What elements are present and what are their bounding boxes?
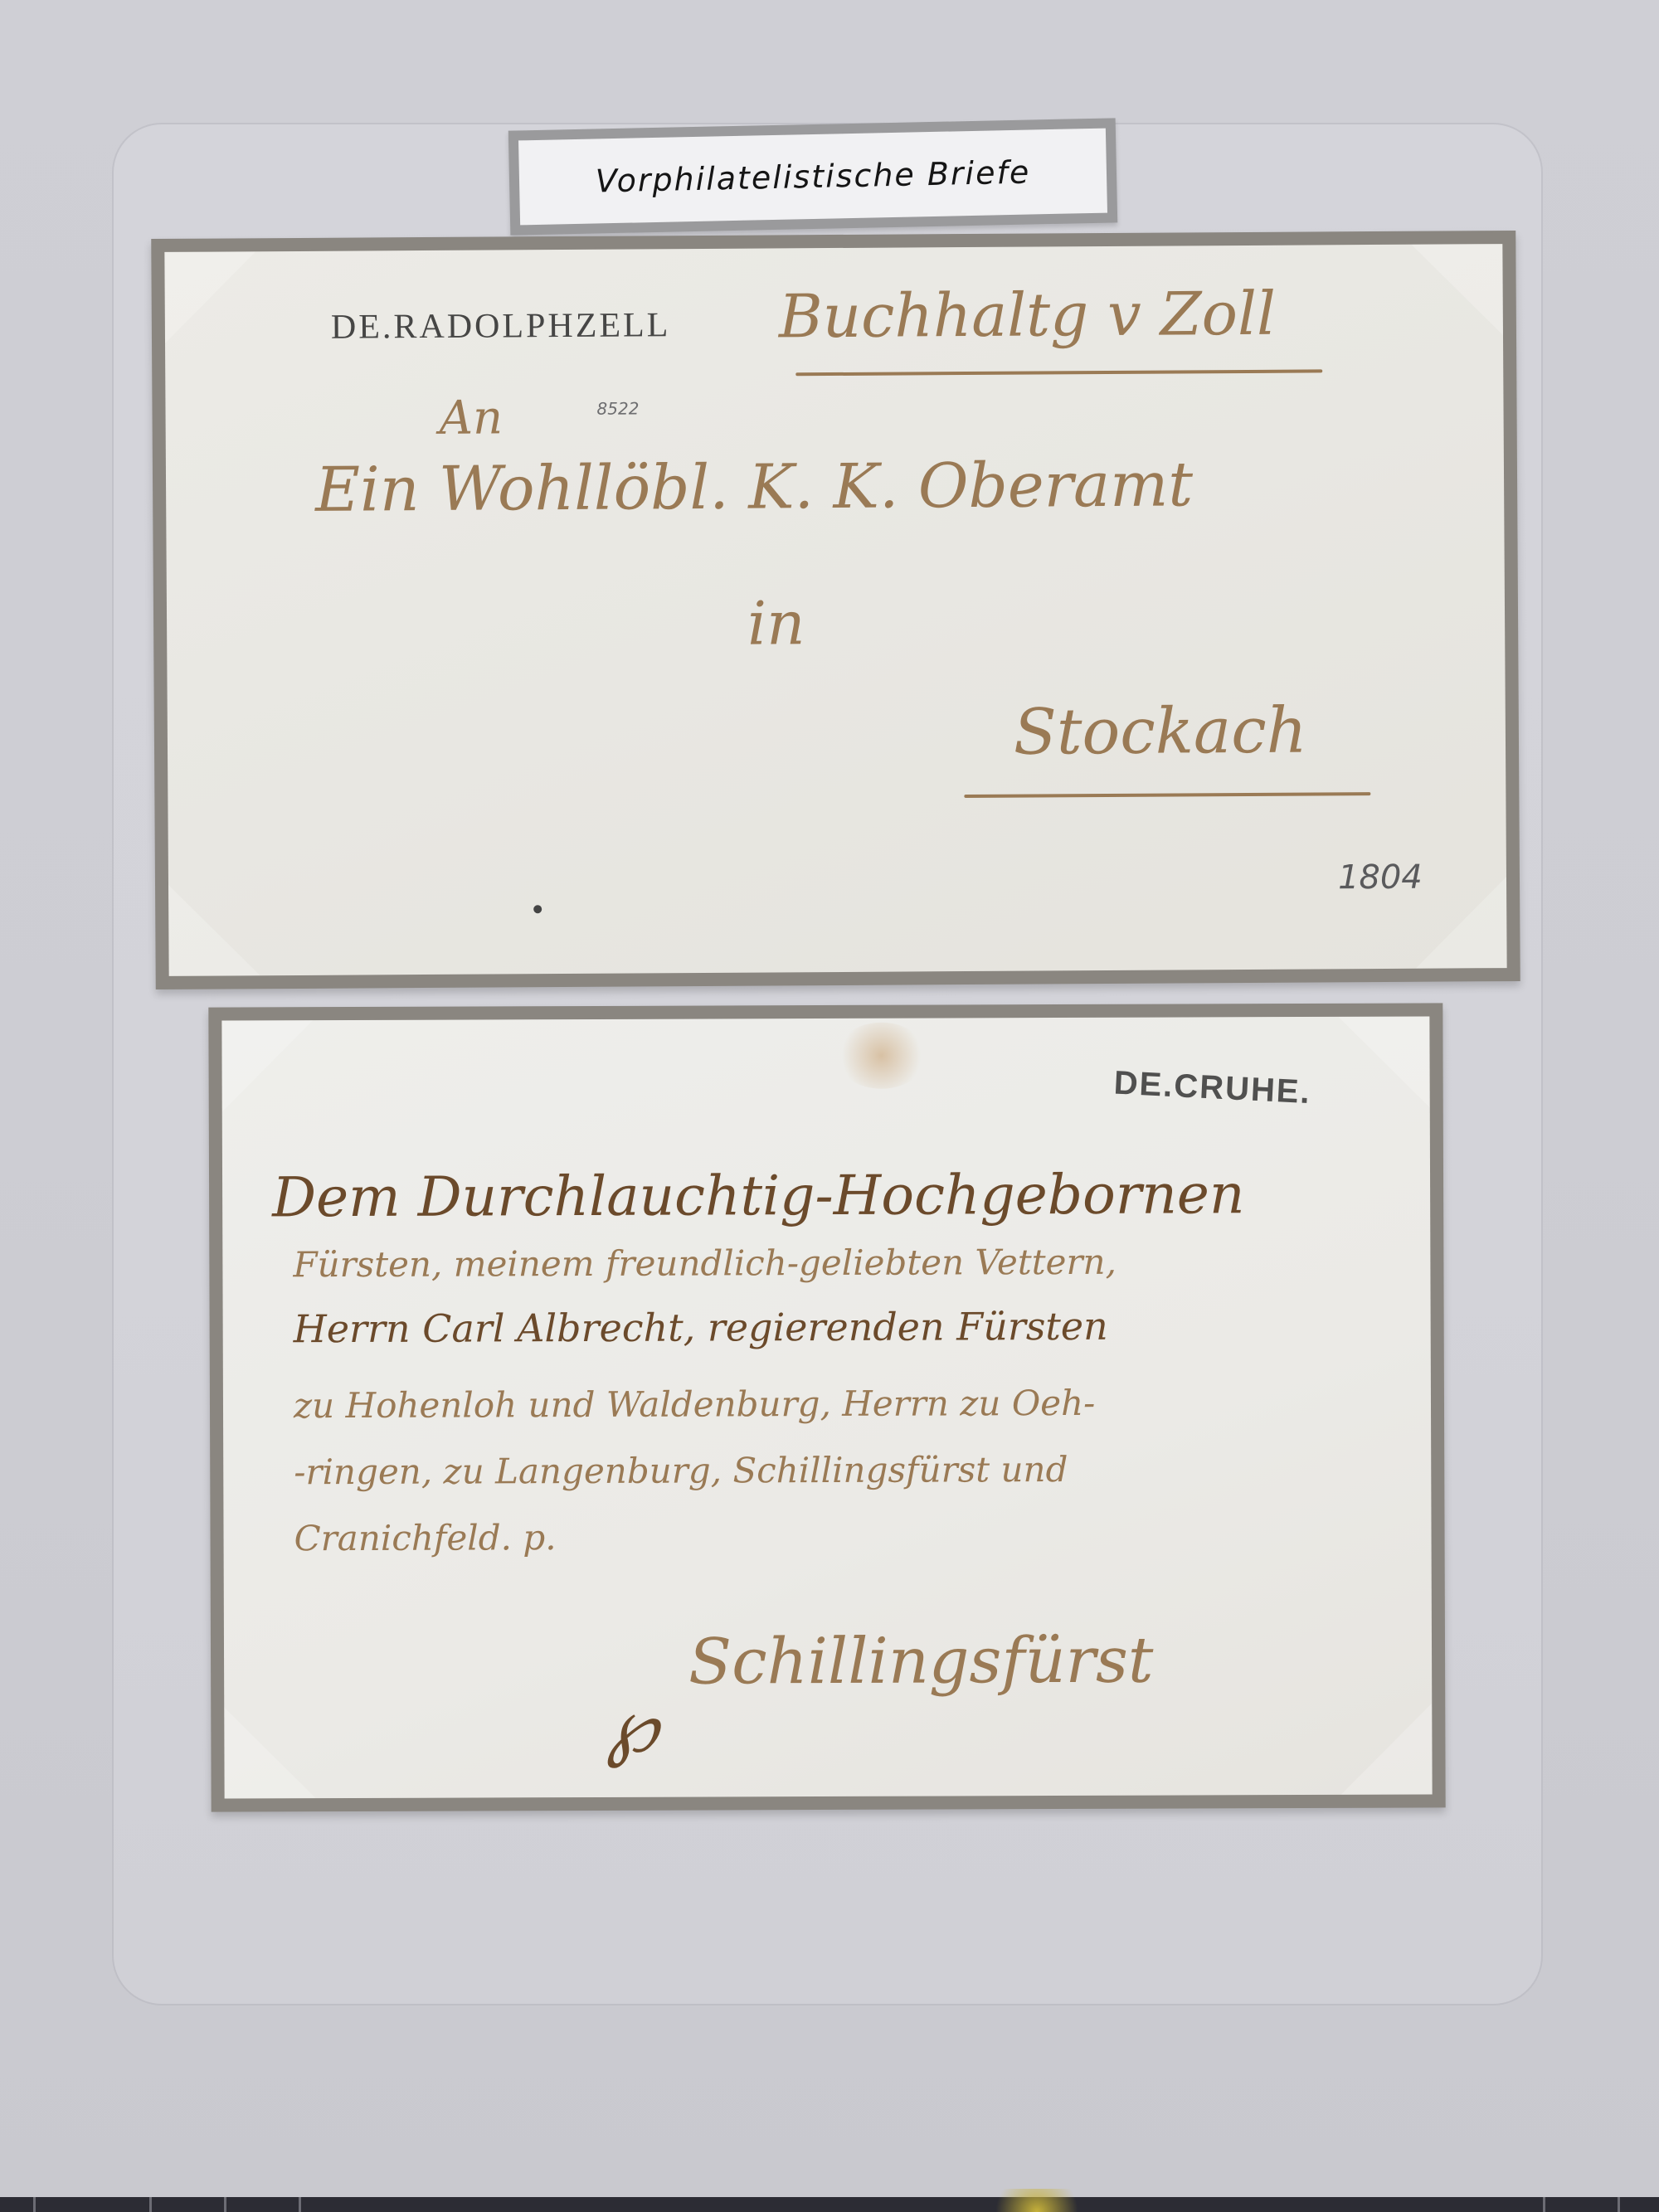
address-line-4: zu Hohenloh und Waldenburg, Herrn zu Oeh…	[294, 1383, 1095, 1426]
letter-cover-1: DE.RADOLPHZELL 8522 Buchhaltg v Zoll An …	[164, 244, 1506, 976]
sender-line: Buchhaltg v Zoll	[779, 279, 1277, 352]
foxing-stain	[835, 1023, 927, 1089]
postmark-cruhe: DE.CRUHE.	[1113, 1065, 1312, 1112]
grid-tick	[1543, 2197, 1545, 2212]
album-title-label: Vorphilatelistische Briefe	[518, 129, 1107, 226]
photo-corner-icon	[1411, 244, 1503, 336]
grid-tick	[33, 2197, 36, 2212]
address-line-6: Cranichfeld. p.	[294, 1517, 556, 1558]
photo-corner-icon	[221, 1020, 313, 1111]
address-line-3: Herrn Carl Albrecht, regierenden Fürsten	[294, 1304, 1108, 1351]
grid-tick	[1618, 2197, 1620, 2212]
address-line-2: Fürsten, meinem freundlich-geliebten Vet…	[293, 1242, 1117, 1285]
photo-corner-icon	[224, 1707, 315, 1798]
letter-mount-1: DE.RADOLPHZELL 8522 Buchhaltg v Zoll An …	[151, 231, 1520, 989]
destination-schillingsfuerst: Schillingsfürst	[688, 1623, 1154, 1699]
gold-decoration	[983, 2189, 1091, 2212]
letter-cover-2: DE.CRUHE. Dem Durchlauchtig-Hochgebornen…	[221, 1016, 1432, 1798]
photo-corner-icon	[1415, 877, 1507, 969]
grid-tick	[149, 2197, 152, 2212]
album-title-text: Vorphilatelistische Briefe	[595, 154, 1030, 200]
letter-mount-2: DE.CRUHE. Dem Durchlauchtig-Hochgebornen…	[208, 1003, 1445, 1811]
underline-rule	[795, 369, 1322, 376]
ink-spot	[533, 905, 542, 913]
destination-underline	[964, 792, 1370, 798]
pencil-year: 1804	[1338, 858, 1423, 897]
rate-mark-flourish: ℘	[606, 1683, 658, 1770]
destination-stockach: Stockach	[1014, 693, 1307, 769]
postmark-radolphzell: DE.RADOLPHZELL	[331, 305, 671, 348]
photo-corner-icon	[164, 251, 256, 343]
address-line-5: -ringen, zu Langenburg, Schillingsfürst …	[294, 1449, 1068, 1492]
address-line: Ein Wohllöbl. K. K. Oberamt	[315, 449, 1193, 525]
preposition-in: in	[747, 588, 805, 658]
album-title-strip: Vorphilatelistische Briefe	[508, 118, 1117, 235]
photo-corner-icon	[1338, 1016, 1429, 1107]
table-edge	[0, 2197, 1659, 2212]
grid-tick	[224, 2197, 226, 2212]
address-line-1: Dem Durchlauchtig-Hochgebornen	[272, 1162, 1245, 1229]
photo-corner-icon	[1340, 1703, 1432, 1794]
photo-corner-icon	[168, 884, 260, 976]
pencil-reference-number: 8522	[596, 398, 639, 418]
grid-tick	[299, 2197, 301, 2212]
salutation-an: An	[439, 391, 503, 445]
